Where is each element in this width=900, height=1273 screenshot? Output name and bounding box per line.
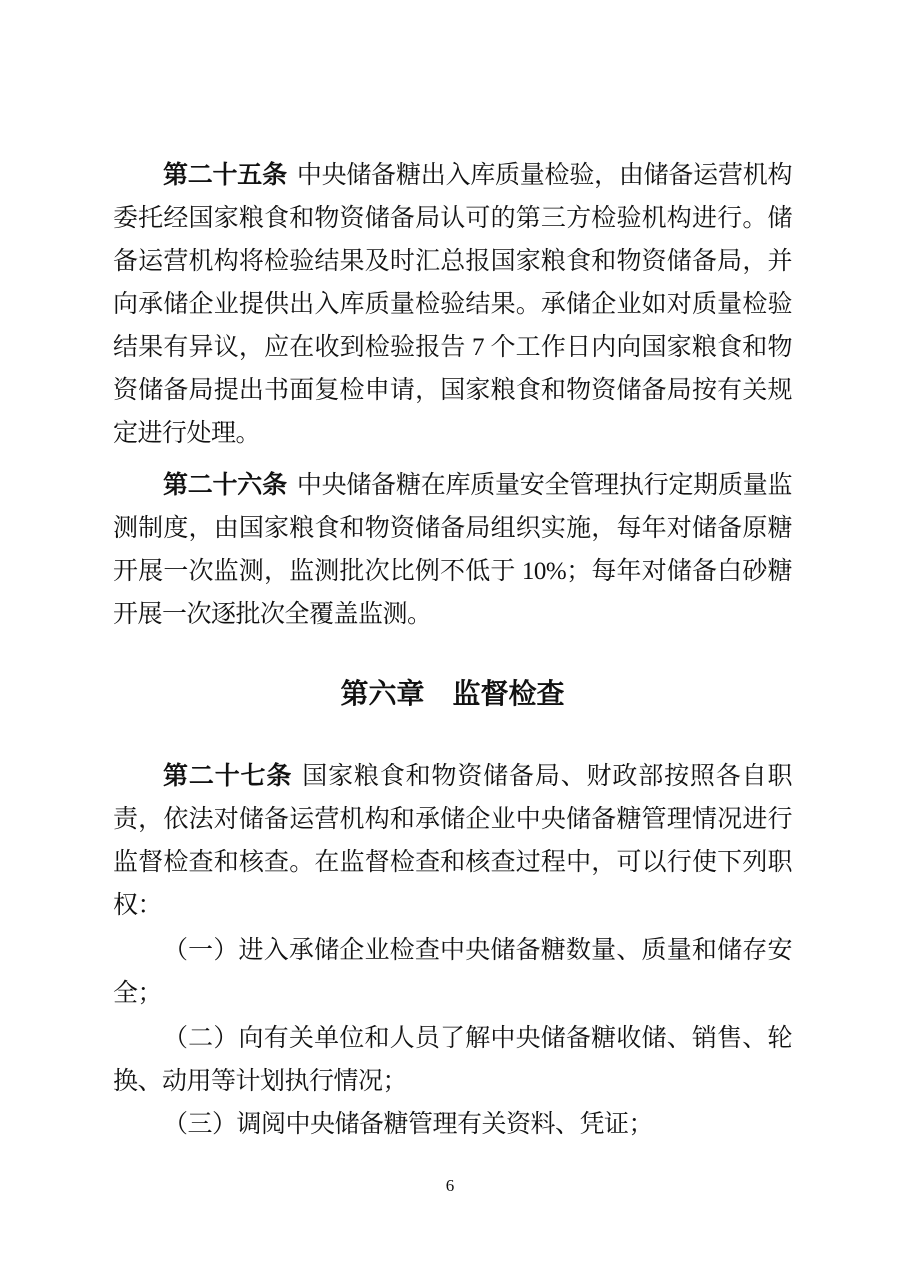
list-item-3: （三）调阅中央储备糖管理有关资料、凭证； xyxy=(113,1103,792,1146)
page-number: 6 xyxy=(0,1176,900,1196)
article-paragraph-27: 第二十七条国家粮食和物资储备局、财政部按照各自职责，依法对储备运营机构和承储企业… xyxy=(113,755,792,927)
article-label-27: 第二十七条 xyxy=(163,762,292,790)
list-item-1: （一）进入承储企业检查中央储备糖数量、质量和储存安全； xyxy=(113,929,792,1015)
article-label-26: 第二十六条 xyxy=(163,471,287,499)
article-text-25: 中央储备糖出入库质量检验，由储备运营机构委托经国家粮食和物资储备局认可的第三方检… xyxy=(113,162,792,447)
document-page: 第二十五条中央储备糖出入库质量检验，由储备运营机构委托经国家粮食和物资储备局认可… xyxy=(0,0,900,1273)
list-item-3-text: （三）调阅中央储备糖管理有关资料、凭证； xyxy=(163,1111,653,1138)
page-content: 第二十五条中央储备糖出入库质量检验，由储备运营机构委托经国家粮食和物资储备局认可… xyxy=(113,154,792,1146)
article-paragraph-25: 第二十五条中央储备糖出入库质量检验，由储备运营机构委托经国家粮食和物资储备局认可… xyxy=(113,154,792,455)
article-paragraph-26: 第二十六条中央储备糖在库质量安全管理执行定期质量监测制度，由国家粮食和物资储备局… xyxy=(113,464,792,636)
list-item-1-text: （一）进入承储企业检查中央储备糖数量、质量和储存安全； xyxy=(113,937,792,1007)
chapter-heading: 第六章 监督检查 xyxy=(113,672,792,715)
list-item-2-text: （二）向有关单位和人员了解中央储备糖收储、销售、轮换、动用等计划执行情况； xyxy=(113,1025,792,1095)
article-label-25: 第二十五条 xyxy=(163,161,287,189)
list-item-2: （二）向有关单位和人员了解中央储备糖收储、销售、轮换、动用等计划执行情况； xyxy=(113,1017,792,1103)
